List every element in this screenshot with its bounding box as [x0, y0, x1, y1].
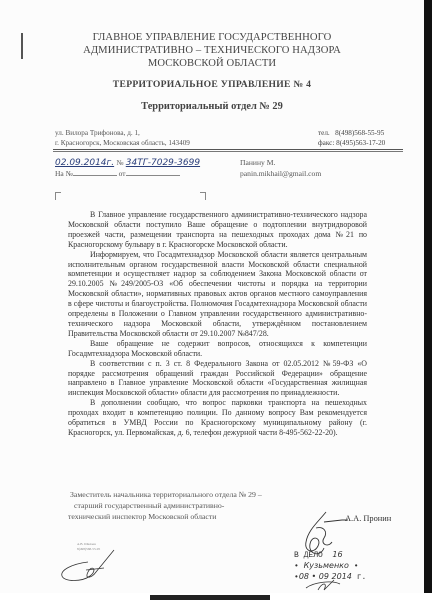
registration-number: 34ТГ-7029-3699: [126, 158, 200, 168]
address-line1: ул. Вилора Трифонова, д. 1,: [55, 128, 190, 138]
tel-label: тел.: [318, 129, 330, 137]
fax-label: факс:: [318, 139, 334, 147]
signatory-title-line1: Заместитель начальника территориального …: [70, 489, 262, 500]
fax-value: 8(495)563-17-20: [336, 139, 385, 147]
stamp-year-suffix: г.: [357, 573, 367, 582]
scan-edge-right: [424, 0, 432, 600]
org-name-line1: ГЛАВНОЕ УПРАВЛЕНИЕ ГОСУДАРСТВЕННОГО: [0, 31, 424, 44]
stamp-line2: • Кузьменко •: [294, 561, 366, 572]
executor-signature-icon: [58, 548, 118, 584]
phone-block: тел. 8(498)568-55-95 факс: 8(495)563-17-…: [318, 128, 385, 148]
stamp-label: В ДЕЛО: [294, 551, 323, 560]
signatory-name: А.А. Пронин: [345, 514, 391, 523]
subject-corner-left: [55, 192, 61, 200]
phone-line: тел. 8(498)568-55-95: [318, 128, 385, 138]
stamp-case-number: 16: [332, 550, 342, 559]
stamp-official: Кузьменко: [304, 561, 349, 570]
reply-date-blank: [126, 168, 180, 176]
reply-reference: На № от: [55, 168, 180, 178]
recipient-block: Панину М. panin.mikhail@gmail.com: [240, 157, 321, 179]
signatory-title-line3: технический инспектор Московской области: [68, 511, 262, 522]
department-title: Территориальный отдел № 29: [0, 101, 424, 112]
body-paragraph: Ваше обращение не содержит вопросов, отн…: [68, 339, 367, 359]
stamp-line1: В ДЕЛО 16: [294, 550, 366, 561]
org-name-line3: МОСКОВСКОЙ ОБЛАСТИ: [0, 57, 424, 70]
subject-corner-right: [200, 192, 206, 200]
document-page: ГЛАВНОЕ УПРАВЛЕНИЕ ГОСУДАРСТВЕННОГО АДМИ…: [0, 0, 424, 593]
address-line2: г. Красногорск, Московская область, 1434…: [55, 138, 190, 148]
number-label: №: [116, 158, 123, 167]
org-name: ГЛАВНОЕ УПРАВЛЕНИЕ ГОСУДАРСТВЕННОГО АДМИ…: [0, 31, 424, 70]
fax-line: факс: 8(495)563-17-20: [318, 138, 385, 148]
recipient-name: Панину М.: [240, 157, 321, 168]
scan-shadow-bottom: [150, 595, 270, 600]
body-paragraph: В Главное управление государственного ад…: [68, 210, 367, 250]
signatory-title-line2: старший государственный административно-: [70, 500, 262, 511]
header-divider-thin: [53, 151, 403, 152]
recipient-email: panin.mikhail@gmail.com: [240, 168, 321, 179]
registration-line: 02.09.2014г. № 34ТГ-7029-3699: [55, 157, 200, 168]
letter-body: В Главное управление государственного ад…: [68, 210, 367, 438]
body-paragraph: В соответствии с п. 3 ст. 8 Федерального…: [68, 359, 367, 399]
header-divider: [53, 149, 403, 150]
reply-number-blank: [73, 168, 117, 176]
body-paragraph: Информируем, что Госадмтехнадзор Московс…: [68, 250, 367, 339]
stamp-initials-icon: [304, 578, 344, 592]
body-paragraph: В дополнении сообщаю, что вопрос парковк…: [68, 398, 367, 438]
registration-date: 02.09.2014г.: [55, 158, 114, 168]
division-title: ТЕРРИТОРИАЛЬНОЕ УПРАВЛЕНИЕ № 4: [0, 79, 424, 90]
signatory-title: Заместитель начальника территориального …: [70, 489, 262, 522]
from-label: от: [119, 169, 126, 178]
org-name-line2: АДМИНИСТРАТИВНО – ТЕХНИЧЕСКОГО НАДЗОРА: [0, 44, 424, 57]
tel-value: 8(498)568-55-95: [335, 129, 384, 137]
reply-label: На №: [55, 169, 73, 178]
address-block: ул. Вилора Трифонова, д. 1, г. Красногор…: [55, 128, 190, 148]
